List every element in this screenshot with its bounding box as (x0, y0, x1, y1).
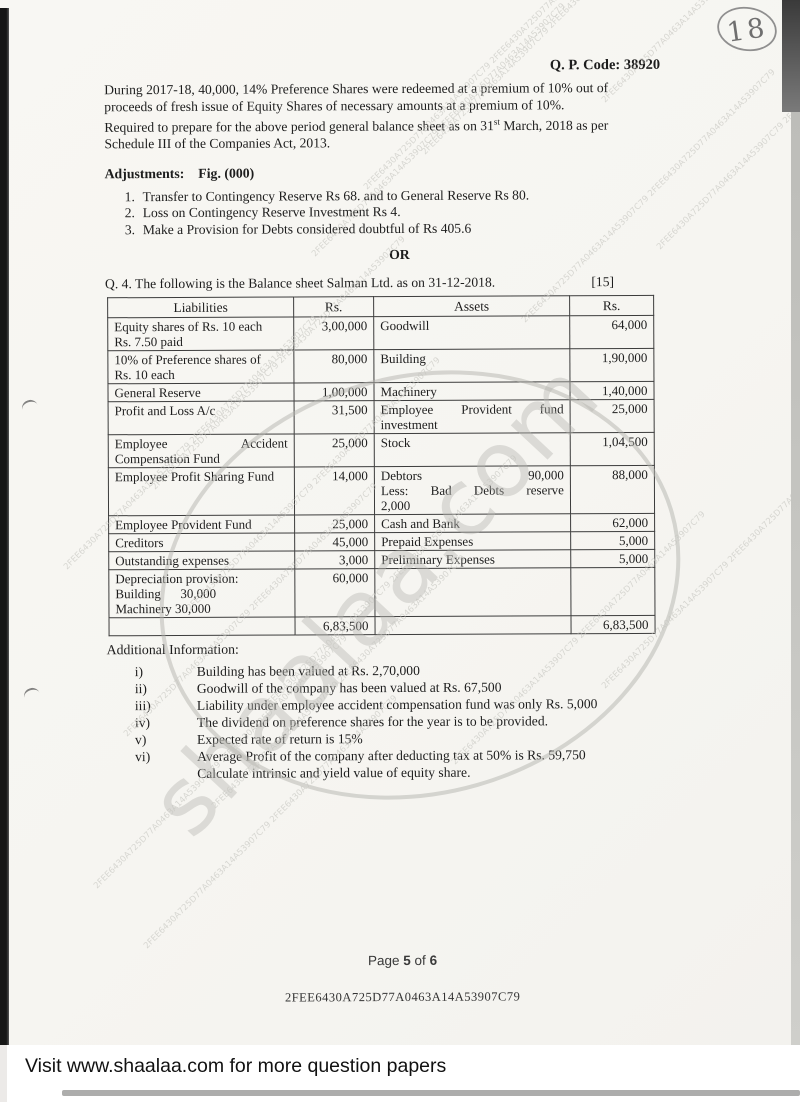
item-number: 3. (125, 222, 143, 239)
asset-line: Building (380, 350, 563, 366)
liability-cell: Creditors (109, 533, 295, 552)
liability-cell: Employee Provident Fund (109, 515, 295, 534)
item-text: Goodwill of the company has been valued … (197, 679, 502, 697)
scan-bottom-corner (0, 1045, 7, 1102)
roman-numeral: iv) (135, 714, 197, 731)
text-part: Employee (381, 402, 434, 417)
text-part: reserve (526, 482, 564, 497)
liability-line: 10% of Preference shares of (114, 352, 287, 368)
page-content: Q. P. Code: 38920 During 2017-18, 40,000… (0, 0, 800, 1007)
liability-amount: 80,000 (294, 350, 374, 383)
liability-line: Rs. 7.50 paid (114, 334, 287, 350)
table-column-header: Rs. (294, 297, 374, 317)
liability-line: Employee Provident Fund (115, 517, 288, 533)
asset-cell: Goodwill (374, 316, 570, 350)
asset-amount: 5,000 (571, 531, 655, 549)
liability-cell: Employee Profit Sharing Fund (108, 467, 294, 516)
table-row: Equity shares of Rs. 10 eachRs. 7.50 pai… (108, 315, 654, 350)
liability-line: Building 30,000 (115, 586, 288, 602)
asset-amount: 64,000 (570, 315, 654, 348)
scan-left-edge (0, 8, 9, 1045)
asset-line: Goodwill (380, 317, 563, 333)
asset-amount: 6,83,500 (571, 615, 655, 633)
item-number: 1. (125, 189, 143, 206)
visit-shaalaa-text: Visit www.shaalaa.com for more question … (25, 1055, 446, 1078)
asset-amount: 88,000 (570, 465, 654, 513)
item-text: Building has been valued at Rs. 2,70,000 (197, 662, 420, 680)
document-hash-code: 2FEE6430A725D77A0463A14A53907C79 (108, 989, 697, 1007)
asset-amount: 1,04,500 (570, 432, 654, 465)
text-part: Debtors (381, 468, 422, 483)
asset-line: Prepaid Expenses (381, 533, 564, 549)
asset-amount: 1,90,000 (570, 348, 654, 381)
asset-line: Preliminary Expenses (381, 551, 564, 567)
scanned-question-paper: { "doc": { "code": "Q. P. Code: 38920", … (0, 0, 800, 1102)
liability-cell: General Reserve (108, 383, 294, 402)
asset-cell: Prepaid Expenses (375, 532, 571, 551)
liability-amount: 25,000 (295, 515, 375, 533)
asset-amount: 25,000 (570, 399, 654, 432)
handwritten-circle-graphic: 18 (712, 2, 782, 58)
of-label: of (414, 953, 425, 968)
table-row: Depreciation provision:Building 30,000Ma… (109, 567, 655, 617)
item-text: Make a Provision for Debts considered do… (143, 220, 472, 238)
liability-amount: 45,000 (295, 533, 375, 551)
page-number: 5 (403, 953, 411, 968)
liability-amount: 31,500 (294, 401, 374, 434)
asset-cell: Stock (374, 433, 570, 467)
balance-sheet-table: LiabilitiesRs.AssetsRs. Equity shares of… (107, 295, 655, 636)
adjustments-label: Adjustments: (105, 165, 185, 180)
liability-amount: 60,000 (295, 569, 375, 617)
or-separator: OR (105, 246, 694, 265)
roman-numeral: ii) (135, 680, 197, 697)
liability-line: Rs. 10 each (114, 367, 287, 383)
liability-cell (109, 617, 295, 636)
text-part: Employee (115, 436, 168, 451)
page-total: 6 (430, 953, 438, 968)
table-row: Outstanding expenses3,000Preliminary Exp… (109, 549, 655, 569)
handwritten-page-mark: 18 (712, 2, 782, 63)
handwritten-page-number: 18 (725, 12, 769, 48)
item-text: Transfer to Contingency Reserve Rs 68. a… (143, 187, 530, 205)
asset-line: Debtors90,000 (381, 467, 564, 483)
roman-numeral: iii) (135, 697, 197, 714)
liability-amount: 25,000 (294, 434, 374, 467)
liability-line: Creditors (115, 535, 288, 551)
text-part: 90,000 (528, 467, 564, 482)
asset-amount: 1,40,000 (570, 381, 654, 399)
table-row: 10% of Preference shares ofRs. 10 each80… (108, 348, 654, 383)
asset-line: EmployeeProvidentfund (381, 401, 564, 417)
text-part: Provident (461, 402, 512, 417)
asset-cell: Debtors90,000Less:BadDebtsreserve2,000 (374, 466, 570, 515)
paragraph-line: Required to prepare for the above period… (104, 113, 693, 137)
asset-line: Machinery (380, 383, 563, 399)
liability-line: Machinery 30,000 (115, 601, 288, 617)
item-text: Average Profit of the company after dedu… (197, 746, 586, 765)
asset-amount: 62,000 (571, 513, 655, 531)
scan-bottom-strip (62, 1090, 800, 1096)
page-label: Page (368, 953, 400, 968)
table-column-header: Rs. (570, 295, 654, 315)
question-4-text: Q. 4. The following is the Balance sheet… (105, 275, 495, 293)
liability-cell: Depreciation provision:Building 30,000Ma… (109, 569, 295, 618)
liability-line: Equity shares of Rs. 10 each (114, 319, 287, 335)
item-text: Expected rate of return is 15% (197, 730, 363, 748)
roman-numeral: v) (135, 731, 197, 748)
additional-info-heading: Additional Information: (107, 640, 696, 659)
asset-cell: Machinery (374, 382, 570, 401)
qp-code: Q. P. Code: 38920 (104, 57, 660, 76)
table-row: Employee Profit Sharing Fund14,000Debtor… (108, 465, 654, 515)
table-row: Employee Provident Fund25,000Cash and Ba… (109, 513, 655, 533)
asset-cell: Building (374, 349, 570, 383)
question-paragraph: During 2017-18, 40,000, 14% Preference S… (104, 80, 693, 153)
asset-line: Cash and Bank (381, 515, 564, 531)
text-part: Less: (381, 483, 409, 498)
table-column-header: Liabilities (108, 297, 294, 318)
roman-numeral: vi) (135, 748, 197, 765)
scan-right-edge (791, 112, 800, 1045)
liability-line: EmployeeAccident (115, 436, 288, 452)
table-row: Profit and Loss A/c31,500EmployeeProvide… (108, 399, 654, 434)
adjustment-item: 3.Make a Provision for Debts considered … (105, 219, 694, 238)
liability-cell: Equity shares of Rs. 10 eachRs. 7.50 pai… (108, 317, 294, 351)
liability-amount: 1,00,000 (294, 383, 374, 401)
item-number: 2. (125, 205, 143, 222)
adjustments-list: 1.Transfer to Contingency Reserve Rs 68.… (105, 186, 694, 238)
paragraph-line: During 2017-18, 40,000, 14% Preference S… (104, 80, 693, 99)
liability-amount: 3,00,000 (294, 317, 374, 350)
liability-line: Depreciation provision: (115, 571, 288, 587)
asset-line: Stock (381, 434, 564, 450)
asset-amount (571, 567, 655, 615)
text-part: Accident (241, 436, 288, 451)
asset-line: Less:BadDebtsreserve (381, 482, 564, 498)
table-row: Creditors45,000Prepaid Expenses5,000 (109, 531, 655, 551)
table-row: General Reserve1,00,000Machinery1,40,000 (108, 381, 654, 401)
text-part: Bad (431, 483, 452, 498)
liability-line: General Reserve (114, 385, 287, 401)
additional-info-list: i)Building has been valued at Rs. 2,70,0… (107, 661, 696, 766)
asset-cell (375, 616, 571, 635)
liability-line: Employee Profit Sharing Fund (115, 469, 288, 485)
table-header-row: LiabilitiesRs.AssetsRs. (108, 295, 654, 317)
superscript: st (494, 117, 500, 127)
liability-cell: 10% of Preference shares ofRs. 10 each (108, 350, 294, 384)
table-row: 6,83,5006,83,500 (109, 615, 655, 635)
scanned-page: Q. P. Code: 38920 During 2017-18, 40,000… (0, 0, 800, 1047)
liability-cell: EmployeeAccidentCompensation Fund (108, 434, 294, 468)
paragraph-line: Schedule III of the Companies Act, 2013. (104, 134, 693, 153)
asset-cell (375, 568, 571, 617)
liability-amount: 14,000 (294, 467, 374, 515)
liability-cell: Profit and Loss A/c (108, 401, 294, 435)
asset-cell: EmployeeProvidentfundinvestment (374, 400, 570, 434)
page-number-line: Page 5 of 6 (108, 952, 697, 970)
adjustments-heading: Adjustments:Fig. (000) (105, 163, 694, 182)
liability-amount: 3,000 (295, 551, 375, 569)
asset-line: investment (381, 416, 564, 432)
liability-line: Profit and Loss A/c (115, 403, 288, 419)
asset-line: 2,000 (381, 497, 564, 513)
liability-line: Outstanding expenses (115, 553, 288, 569)
item-text: Liability under employee accident compen… (197, 695, 598, 714)
figures-unit-label: Fig. (000) (198, 165, 254, 180)
table-column-header: Assets (374, 296, 570, 317)
table-row: EmployeeAccidentCompensation Fund25,000S… (108, 432, 654, 467)
asset-amount: 5,000 (571, 549, 655, 567)
additional-info-note: Calculate intrinsic and yield value of e… (197, 763, 696, 782)
asset-cell: Cash and Bank (375, 514, 571, 533)
text-part: Debts (474, 483, 504, 498)
liability-cell: Outstanding expenses (109, 551, 295, 570)
item-text: The dividend on preference shares for th… (197, 712, 548, 731)
scan-top-right-edge (782, 0, 800, 112)
text-part: fund (540, 401, 564, 416)
liability-line: Compensation Fund (115, 451, 288, 467)
roman-numeral: i) (135, 663, 197, 680)
marks-badge: [15] (591, 274, 614, 290)
question-4-line: Q. 4. The following is the Balance sheet… (105, 274, 694, 293)
item-text: Loss on Contingency Reserve Investment R… (143, 204, 401, 222)
asset-cell: Preliminary Expenses (375, 550, 571, 569)
liability-amount: 6,83,500 (295, 617, 375, 635)
